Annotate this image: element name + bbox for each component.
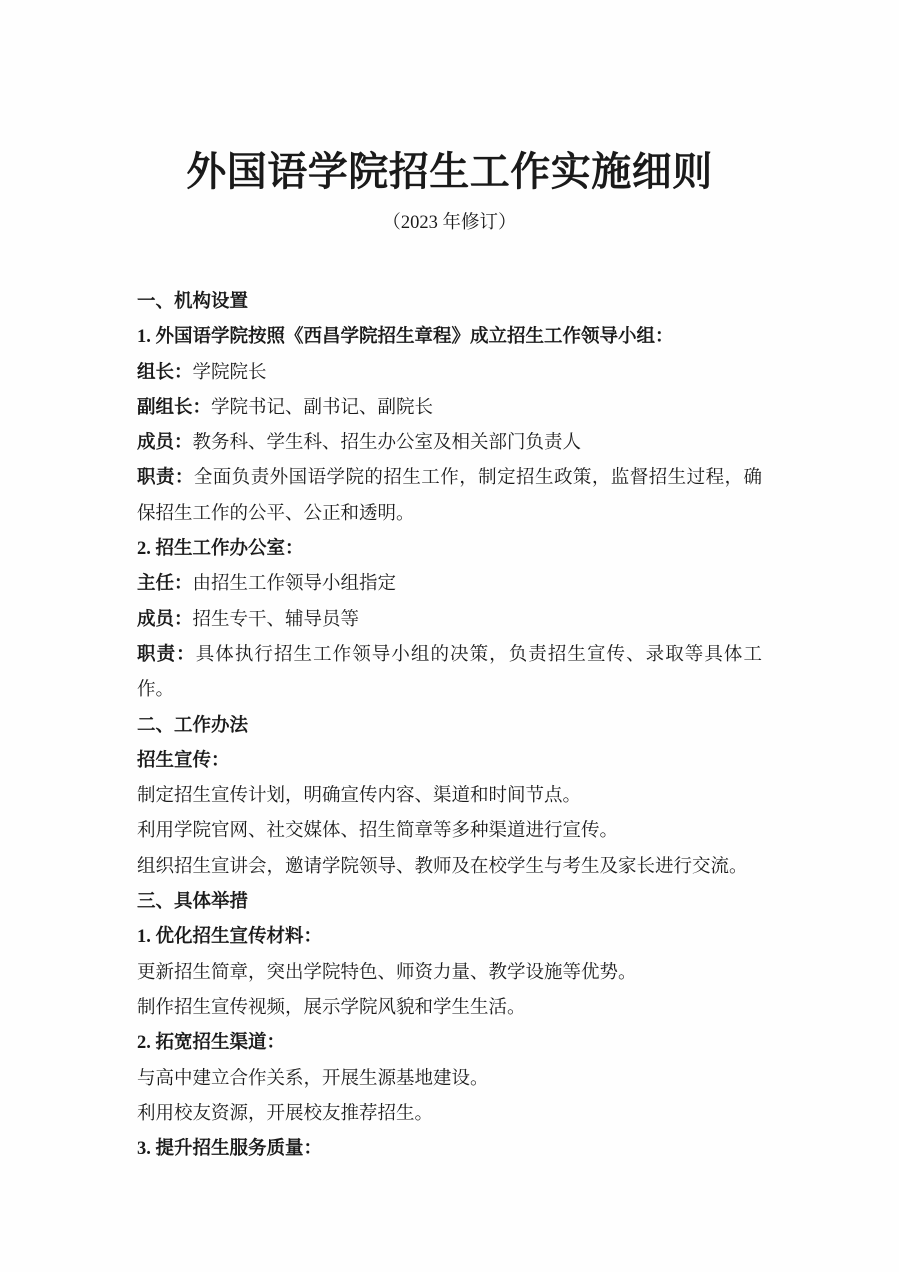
paragraph-label: 三、具体举措 <box>137 892 248 912</box>
paragraph-text: 由招生工作领导小组指定 <box>193 574 397 594</box>
paragraph-label: 招生宣传： <box>137 751 230 771</box>
paragraph: 成员：教务科、学生科、招生办公室及相关部门负责人 <box>137 426 762 461</box>
document-body: 一、机构设置 1. 外国语学院按照《西昌学院招生章程》成立招生工作领导小组： 组… <box>137 285 762 1167</box>
paragraph: 成员：招生专干、辅导员等 <box>137 603 762 638</box>
paragraph-text: 招生专干、辅导员等 <box>193 610 360 630</box>
paragraph: 2. 拓宽招生渠道： <box>137 1026 762 1061</box>
paragraph: 利用学院官网、社交媒体、招生简章等多种渠道进行宣传。 <box>137 814 762 849</box>
paragraph-text: 制作招生宣传视频，展示学院风貌和学生生活。 <box>137 998 526 1018</box>
paragraph-label: 职责： <box>137 468 194 488</box>
paragraph-text: 制定招生宣传计划，明确宣传内容、渠道和时间节点。 <box>137 786 581 806</box>
paragraph-text: 与高中建立合作关系，开展生源基地建设。 <box>137 1069 489 1089</box>
document-page: 外国语学院招生工作实施细则 （2023 年修订） 一、机构设置 1. 外国语学院… <box>0 0 899 1272</box>
paragraph-label: 主任： <box>137 574 193 594</box>
paragraph-label: 成员： <box>137 610 193 630</box>
paragraph: 更新招生简章，突出学院特色、师资力量、教学设施等优势。 <box>137 956 762 991</box>
paragraph-text: 更新招生简章，突出学院特色、师资力量、教学设施等优势。 <box>137 963 637 983</box>
paragraph-label: 职责： <box>137 645 196 665</box>
paragraph: 职责：全面负责外国语学院的招生工作，制定招生政策，监督招生过程，确保招生工作的公… <box>137 461 762 532</box>
paragraph: 1. 优化招生宣传材料： <box>137 920 762 955</box>
paragraph: 二、工作办法 <box>137 709 762 744</box>
paragraph-label: 成员： <box>137 433 193 453</box>
paragraph: 1. 外国语学院按照《西昌学院招生章程》成立招生工作领导小组： <box>137 320 762 355</box>
paragraph: 一、机构设置 <box>137 285 762 320</box>
paragraph: 主任：由招生工作领导小组指定 <box>137 567 762 602</box>
paragraph-text: 学院书记、副书记、副院长 <box>211 398 433 418</box>
paragraph-label: 一、机构设置 <box>137 292 248 312</box>
paragraph: 招生宣传： <box>137 744 762 779</box>
document-content: 外国语学院招生工作实施细则 （2023 年修订） 一、机构设置 1. 外国语学院… <box>137 0 762 1167</box>
paragraph-label: 副组长： <box>137 398 211 418</box>
paragraph-label: 2. 拓宽招生渠道： <box>137 1033 285 1053</box>
paragraph: 3. 提升招生服务质量： <box>137 1132 762 1167</box>
paragraph: 三、具体举措 <box>137 885 762 920</box>
paragraph-text: 利用校友资源，开展校友推荐招生。 <box>137 1104 433 1124</box>
paragraph: 制定招生宣传计划，明确宣传内容、渠道和时间节点。 <box>137 779 762 814</box>
paragraph: 2. 招生工作办公室： <box>137 532 762 567</box>
paragraph: 与高中建立合作关系，开展生源基地建设。 <box>137 1062 762 1097</box>
paragraph: 组长：学院院长 <box>137 356 762 391</box>
document-title: 外国语学院招生工作实施细则 <box>137 0 762 198</box>
paragraph-text: 教务科、学生科、招生办公室及相关部门负责人 <box>193 433 582 453</box>
paragraph-label: 3. 提升招生服务质量： <box>137 1139 322 1159</box>
document-subtitle: （2023 年修订） <box>137 210 762 236</box>
paragraph: 职责：具体执行招生工作领导小组的决策，负责招生宣传、录取等具体工作。 <box>137 638 762 709</box>
paragraph: 副组长：学院书记、副书记、副院长 <box>137 391 762 426</box>
paragraph-label: 组长： <box>137 363 193 383</box>
paragraph-label: 1. 外国语学院按照《西昌学院招生章程》成立招生工作领导小组： <box>137 327 674 347</box>
paragraph: 组织招生宣讲会，邀请学院领导、教师及在校学生与考生及家长进行交流。 <box>137 850 762 885</box>
paragraph-text: 组织招生宣讲会，邀请学院领导、教师及在校学生与考生及家长进行交流。 <box>137 857 748 877</box>
paragraph-text: 具体执行招生工作领导小组的决策，负责招生宣传、录取等具体工作。 <box>137 645 762 700</box>
paragraph-label: 2. 招生工作办公室： <box>137 539 304 559</box>
paragraph: 制作招生宣传视频，展示学院风貌和学生生活。 <box>137 991 762 1026</box>
paragraph-text: 利用学院官网、社交媒体、招生简章等多种渠道进行宣传。 <box>137 821 618 841</box>
paragraph-label: 二、工作办法 <box>137 716 248 736</box>
paragraph-text: 全面负责外国语学院的招生工作，制定招生政策，监督招生过程，确保招生工作的公平、公… <box>137 468 762 523</box>
paragraph-text: 学院院长 <box>193 363 267 383</box>
paragraph: 利用校友资源，开展校友推荐招生。 <box>137 1097 762 1132</box>
paragraph-label: 1. 优化招生宣传材料： <box>137 927 322 947</box>
